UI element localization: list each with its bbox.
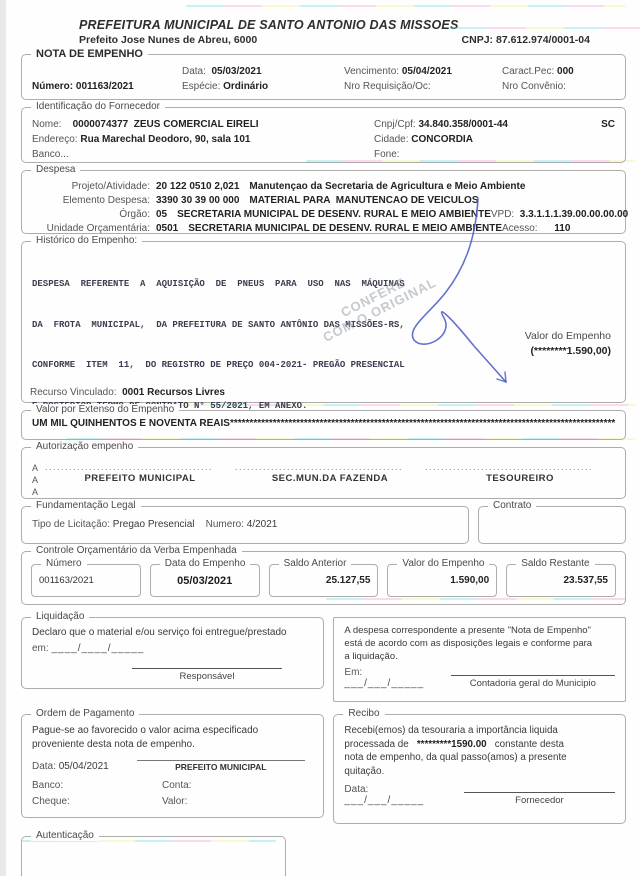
historico-legend: Histórico do Empenho: <box>31 235 142 246</box>
despesa-vpd: VPD: 3.3.1.1.1.39.00.00.00.00 <box>491 208 640 222</box>
valor-empenho-block: Valor do Empenho (********1.590,00) <box>525 330 611 357</box>
conformidade-date: Em: ___/___/_____ <box>344 667 438 689</box>
ordem-legend: Ordem de Pagamento <box>31 708 139 719</box>
cnpj-label: CNPJ: <box>462 34 494 46</box>
responsavel-signature-line: Responsável <box>132 668 282 682</box>
municipality-title: PREFEITURA MUNICIPAL DE SANTO ANTONIO DA… <box>79 18 626 32</box>
cnpj-value: 87.612.974/0001-04 <box>496 34 590 46</box>
historico-box: Histórico do Empenho: DESPESA REFERENTE … <box>21 241 626 403</box>
autenticacao-legend: Autenticação <box>31 830 99 841</box>
valor-empenho-value: (********1.590,00) <box>525 345 611 357</box>
nota-especie: Espécie: Ordinário <box>182 81 344 92</box>
spacer <box>589 147 615 162</box>
signature-dotted-lines: ........................................… <box>45 462 615 472</box>
ordem-valor: Valor: <box>162 794 187 810</box>
fornecedor-cnpj: Cnpj/Cpf: 34.840.358/0001-44 <box>374 117 589 132</box>
conformidade-sign-row: Em: ___/___/_____ Contadoria geral do Mu… <box>344 667 615 689</box>
despesa-legend: Despesa <box>31 164 80 175</box>
controle-saldo-anterior: Saldo Anterior 25.127,55 <box>269 564 379 597</box>
fornecedor-cidade: Cidade: CONCORDIA <box>368 132 589 147</box>
valor-empenho-label: Valor do Empenho <box>525 330 611 342</box>
secretario-signature-label: SEC.MUN.DA FAZENDA <box>235 473 425 484</box>
fundamentacao-legend: Fundamentação Legal <box>31 500 141 511</box>
signature-role-labels: PREFEITO MUNICIPAL SEC.MUN.DA FAZENDA TE… <box>45 473 615 484</box>
ordem-banco: Banco: <box>32 778 162 794</box>
conformidade-box: A despesa correspondente a presente "Not… <box>333 617 626 702</box>
nota-numero: Número: 001163/2021 <box>32 81 182 92</box>
despesa-box: Despesa Projeto/Atividade: 20 122 0510 2… <box>21 170 626 234</box>
nota-data: Data: 05/03/2021 <box>182 66 344 77</box>
valor-extenso-value: UM MIL QUINHENTOS E NOVENTA REAIS*******… <box>32 418 615 429</box>
spacer <box>589 132 615 147</box>
despesa-row-unidade: Unidade Orçamentária: 0501 SECRETARIA MU… <box>32 222 615 236</box>
nota-empenho-legend: NOTA DE EMPENHO <box>31 48 148 60</box>
recibo-valor-line: processada de *********1590.00 constante… <box>344 738 615 752</box>
liquidacao-date-line: em: ____/____/_____ <box>32 643 313 654</box>
fornecedor-fone: Fone: <box>360 147 589 162</box>
liquidacao-legend: Liquidação <box>31 611 89 622</box>
controle-saldo-restante: Saldo Restante 23.537,55 <box>506 564 616 597</box>
municipality-cnpj: CNPJ: 87.612.974/0001-04 <box>462 34 590 46</box>
margin-marks: A A A <box>32 462 45 498</box>
fornecedor-legend: Identificação do Fornecedor <box>31 101 165 112</box>
controle-box: Controle Orçamentário da Verba Empenhada… <box>21 551 626 605</box>
scan-artifact-line <box>186 5 626 7</box>
autorizacao-box: Autorização empenho A A A ..............… <box>21 447 626 499</box>
autorizacao-legend: Autorização empenho <box>31 441 138 452</box>
fornecedor-banco: Banco... <box>32 147 360 162</box>
controle-valor-empenho: Valor do Empenho 1.590,00 <box>387 564 497 597</box>
fornecedor-endereco: Endereço: Rua Marechal Deodoro, 90, sala… <box>32 132 368 147</box>
controle-data-empenho: Data do Empenho 05/03/2021 <box>150 564 260 597</box>
liquidacao-box: Liquidação Declaro que o material e/ou s… <box>21 617 324 689</box>
recibo-data: Data: ___/___/_____ <box>344 784 441 806</box>
contrato-box: Contrato <box>478 506 626 544</box>
autenticacao-box: Autenticação <box>21 836 286 876</box>
fornecedor-uf: SC <box>589 117 615 132</box>
ordem-pagamento-box: Ordem de Pagamento Pague-se ao favorecid… <box>21 714 324 818</box>
recibo-box: Recibo Recebi(emos) da tesouraria a impo… <box>333 714 626 824</box>
despesa-row-projeto: Projeto/Atividade: 20 122 0510 2,021 Man… <box>32 180 615 194</box>
contrato-legend: Contrato <box>488 500 536 511</box>
despesa-row-orgao: Órgão: 05 SECRETARIA MUNICIPAL DE DESENV… <box>32 208 615 222</box>
fundamentacao-content: Tipo de Licitação: Pregao Presencial Num… <box>32 519 458 530</box>
contador-signature-line: Contadoria geral do Municipio <box>451 675 615 689</box>
recibo-legend: Recibo <box>343 708 384 719</box>
prefeito-signature-label: PREFEITO MUNICIPAL <box>45 473 235 484</box>
valor-extenso-legend: Valor por Extenso do Empenho <box>31 404 179 415</box>
fornecedor-signature-line: Fornecedor <box>464 792 615 806</box>
ordem-cheque: Cheque: <box>32 794 162 810</box>
fornecedor-nome: Nome: 0000074377 ZEUS COMERCIAL EIRELI <box>32 117 374 132</box>
document-header: PREFEITURA MUNICIPAL DE SANTO ANTONIO DA… <box>21 18 626 46</box>
fornecedor-box: Identificação do Fornecedor Nome: 000007… <box>21 107 626 163</box>
tesoureiro-signature-label: TESOUREIRO <box>425 473 615 484</box>
mayor-address-line: Prefeito Jose Nunes de Abreu, 6000 <box>79 34 462 46</box>
despesa-row-elemento: Elemento Despesa: 3390 30 39 00 000 MATE… <box>32 194 615 208</box>
valor-extenso-box: Valor por Extenso do Empenho UM MIL QUIN… <box>21 410 626 440</box>
ordem-data: Data: 05/04/2021 <box>32 761 109 772</box>
nota-vencimento: Vencimento: 05/04/2021 <box>344 66 502 77</box>
ordem-conta: Conta: <box>162 778 191 794</box>
nota-empenho-box: NOTA DE EMPENHO Data: 05/03/2021 Vencime… <box>21 54 626 100</box>
liquidacao-declaration: Declaro que o material e/ou serviço foi … <box>32 627 313 638</box>
despesa-acesso: Acesso: 110 <box>502 222 640 236</box>
prefeito-payment-signature-line: PREFEITO MUNICIPAL <box>137 760 305 772</box>
nota-de-empenho-document: PREFEITURA MUNICIPAL DE SANTO ANTONIO DA… <box>0 0 640 876</box>
nota-requisicao: Nro Requisição/Oc: <box>344 81 502 92</box>
recurso-vinculado: Recurso Vinculado: 0001 Recursos Livres <box>30 387 225 398</box>
nota-convenio: Nro Convênio: <box>502 81 615 92</box>
controle-numero: Número 001163/2021 <box>31 564 141 597</box>
controle-legend: Controle Orçamentário da Verba Empenhada <box>31 545 242 556</box>
nota-caract: Caract.Pec: 000 <box>502 66 615 77</box>
fundamentacao-box: Fundamentação Legal Tipo de Licitação: P… <box>21 506 469 544</box>
